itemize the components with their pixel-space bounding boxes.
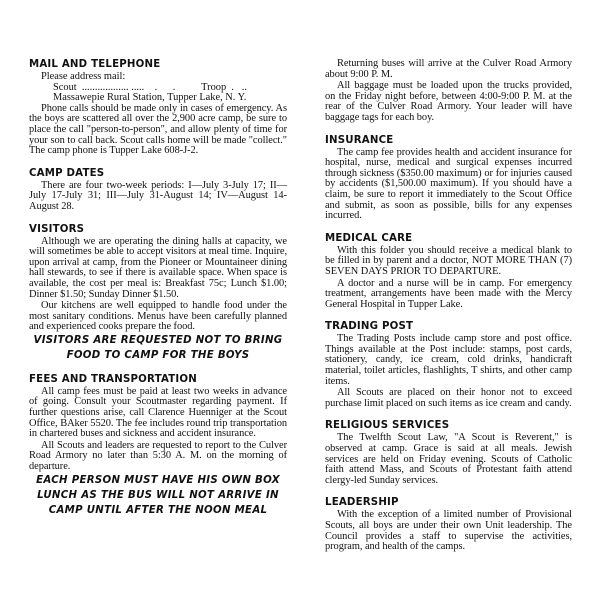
fees-notice-line-3: CAMP UNTIL AFTER THE NOON MEAL: [29, 504, 287, 518]
section-mail-telephone: MAIL AND TELEPHONE Please address mail: …: [29, 58, 287, 157]
section-insurance: INSURANCE The camp fee provides health a…: [325, 134, 572, 222]
camp-dates-paragraph: There are four two-week periods: I—July …: [29, 181, 287, 213]
returning-paragraph-2: All baggage must be loaded upon the truc…: [325, 81, 572, 123]
heading-trading-post: TRADING POST: [325, 320, 572, 333]
heading-insurance: INSURANCE: [325, 134, 572, 147]
left-column: MAIL AND TELEPHONE Please address mail: …: [29, 0, 287, 518]
fees-paragraph-1: All camp fees must be paid at least two …: [29, 387, 287, 440]
section-fees-transportation: FEES AND TRANSPORTATION All camp fees mu…: [29, 373, 287, 518]
right-column: Returning buses will arrive at the Culve…: [325, 0, 572, 553]
medical-paragraph-2: A doctor and a nurse will be in camp. Fo…: [325, 279, 572, 311]
heading-camp-dates: CAMP DATES: [29, 167, 287, 180]
heading-medical-care: MEDICAL CARE: [325, 232, 572, 245]
religious-paragraph: The Twelfth Scout Law, "A Scout is Rever…: [325, 433, 572, 486]
section-religious-services: RELIGIOUS SERVICES The Twelfth Scout Law…: [325, 419, 572, 486]
fees-notice-line-1: EACH PERSON MUST HAVE HIS OWN BOX: [29, 474, 287, 488]
heading-religious-services: RELIGIOUS SERVICES: [325, 419, 572, 432]
address-intro: Please address mail:: [29, 72, 287, 83]
section-leadership: LEADERSHIP With the exception of a limit…: [325, 496, 572, 552]
heading-visitors: VISITORS: [29, 223, 287, 236]
returning-paragraph-1: Returning buses will arrive at the Culve…: [325, 59, 572, 80]
section-trading-post: TRADING POST The Trading Posts include c…: [325, 320, 572, 409]
trading-post-paragraph-1: The Trading Posts include camp store and…: [325, 334, 572, 387]
leadership-paragraph: With the exception of a limited number o…: [325, 510, 572, 552]
heading-fees-transportation: FEES AND TRANSPORTATION: [29, 373, 287, 386]
trading-post-paragraph-2: All Scouts are placed on their honor not…: [325, 388, 572, 409]
visitors-notice-line-1: VISITORS ARE REQUESTED NOT TO BRING: [29, 334, 287, 348]
section-medical-care: MEDICAL CARE With this folder you should…: [325, 232, 572, 311]
heading-leadership: LEADERSHIP: [325, 496, 572, 509]
phone-paragraph: Phone calls should be made only in cases…: [29, 104, 287, 157]
section-returning: Returning buses will arrive at the Culve…: [325, 59, 572, 124]
section-camp-dates: CAMP DATES There are four two-week perio…: [29, 167, 287, 213]
medical-paragraph-1: With this folder you should receive a me…: [325, 246, 572, 278]
fees-paragraph-2: All Scouts and leaders are requested to …: [29, 441, 287, 473]
visitors-paragraph-1: Although we are operating the dining hal…: [29, 237, 287, 301]
insurance-paragraph: The camp fee provides health and acciden…: [325, 148, 572, 222]
visitors-notice-line-2: FOOD TO CAMP FOR THE BOYS: [29, 349, 287, 363]
heading-mail-telephone: MAIL AND TELEPHONE: [29, 58, 287, 71]
section-visitors: VISITORS Although we are operating the d…: [29, 223, 287, 363]
fees-notice-line-2: LUNCH AS THE BUS WILL NOT ARRIVE IN: [29, 489, 287, 503]
visitors-paragraph-2: Our kitchens are well equipped to handle…: [29, 301, 287, 333]
